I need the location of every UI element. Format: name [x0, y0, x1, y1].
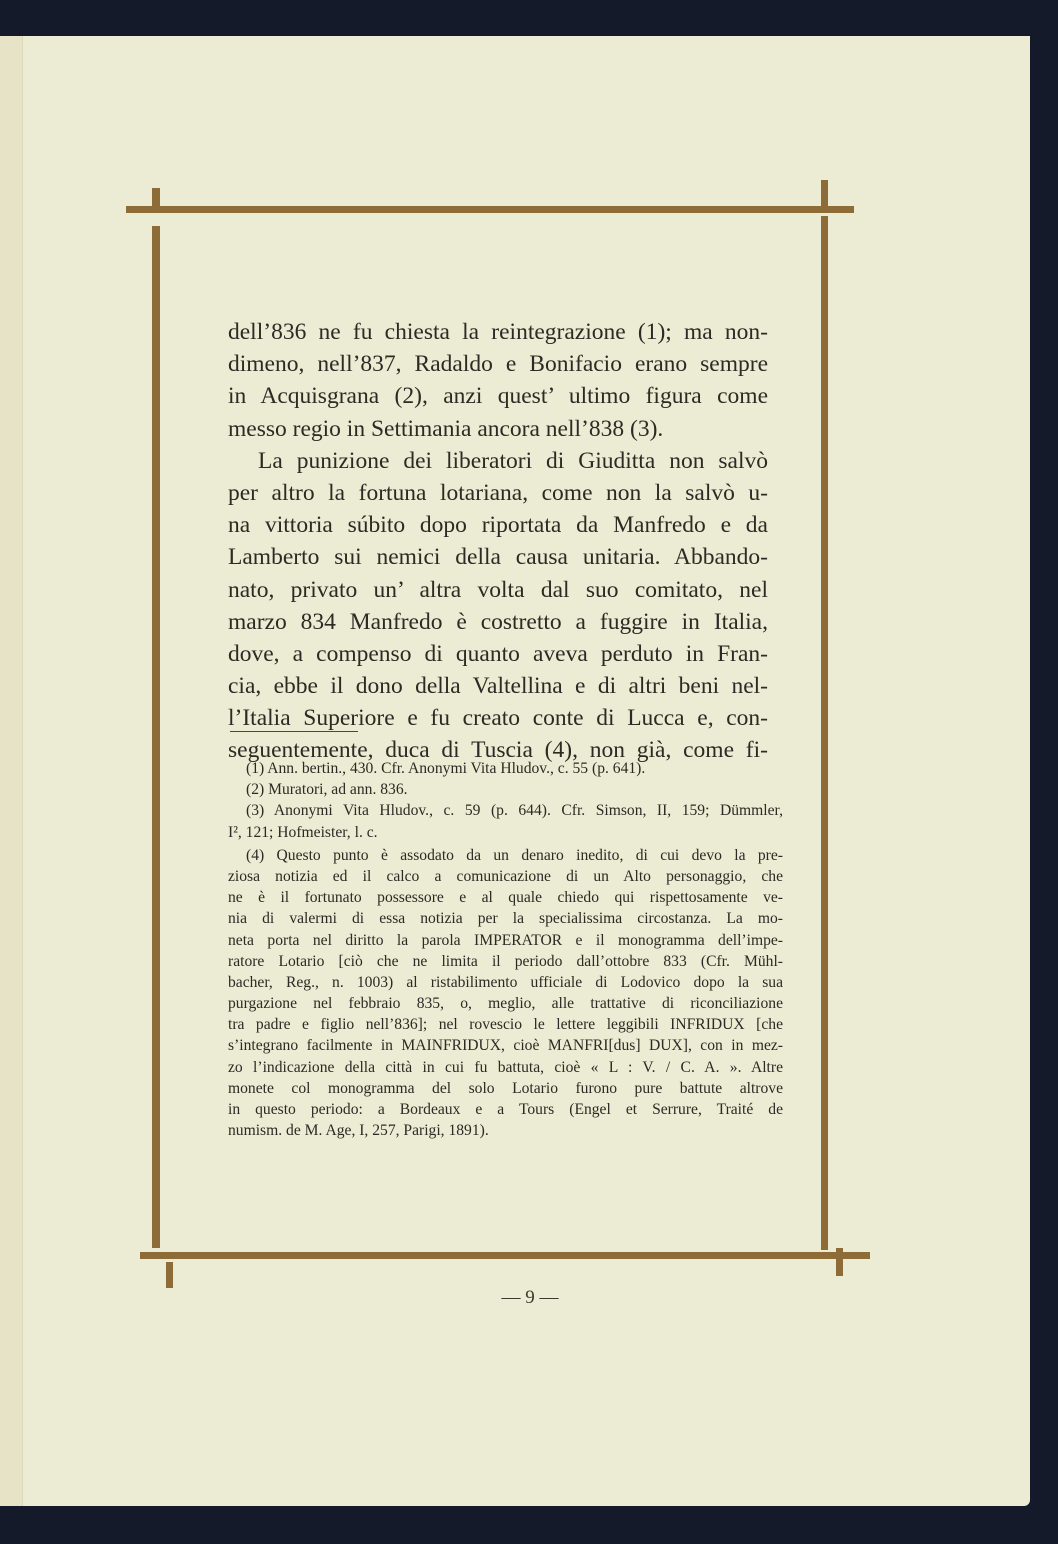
text-line: La punizione dei liberatori di Giuditta … [228, 445, 768, 477]
footnote-4-cont: s’integrano facilmente in MAINFRIDUX, ci… [228, 1035, 783, 1056]
footnote-4: (4) Questo punto è assodato da un denaro… [228, 845, 783, 866]
text-line: dove, a compenso di quanto aveva perduto… [228, 638, 768, 670]
footnote-4-cont: ziosa notizia ed il calco a comunicazion… [228, 866, 783, 887]
text-line: nato, privato un’ altra volta dal suo co… [228, 574, 768, 606]
main-text: dell’836 ne fu chiesta la reintegrazione… [228, 316, 768, 767]
footnote-4-cont: zo l’indicazione della città in cui fu b… [228, 1057, 783, 1078]
page-number: — 9 — [470, 1287, 590, 1309]
text-line: dimeno, nell’837, Radaldo e Bonifacio er… [228, 348, 768, 380]
border-bottom-rule [140, 1252, 870, 1259]
footnote-1: (1) Ann. bertin., 430. Cfr. Anonymi Vita… [228, 758, 783, 779]
footnote-4-cont: purgazione nel febbraio 835, o, meglio, … [228, 993, 783, 1014]
border-left-rule [152, 226, 160, 1248]
border-top-rule [126, 206, 854, 213]
footnote-separator [230, 731, 358, 732]
footnote-2: (2) Muratori, ad ann. 836. [228, 779, 783, 800]
corner-tick-top-right [821, 180, 828, 208]
footnote-4-cont: numism. de M. Age, I, 257, Parigi, 1891)… [228, 1120, 783, 1141]
text-line: na vittoria súbito dopo riportata da Man… [228, 509, 768, 541]
footnotes: (1) Ann. bertin., 430. Cfr. Anonymi Vita… [228, 758, 783, 1141]
footnote-4-cont: nia di valermi di essa notizia per la sp… [228, 908, 783, 929]
footnote-4-cont: in questo periodo: a Bordeaux e a Tours … [228, 1099, 783, 1120]
corner-tick-bottom-right [836, 1248, 843, 1276]
footnote-4-cont: ne è il fortunato possessore e al quale … [228, 887, 783, 908]
border-right-rule [821, 216, 828, 1250]
text-line: marzo 834 Manfredo è costretto a fuggire… [228, 606, 768, 638]
footnote-4-cont: neta porta nel diritto la parola IMPERAT… [228, 930, 783, 951]
footnote-4-cont: tra padre e figlio nell’836]; nel rovesc… [228, 1014, 783, 1035]
text-line: messo regio in Settimania ancora nell’83… [228, 413, 768, 445]
text-line: dell’836 ne fu chiesta la reintegrazione… [228, 316, 768, 348]
footnote-4-cont: bacher, Reg., n. 1003) al ristabilimento… [228, 972, 783, 993]
footnote-4-cont: ratore Lotario [ciò che ne limita il per… [228, 951, 783, 972]
footnote-4-cont: monete col monogramma del solo Lotario f… [228, 1078, 783, 1099]
text-line: Lamberto sui nemici della causa unitaria… [228, 541, 768, 573]
text-line: in Acquisgrana (2), anzi quest’ ultimo f… [228, 380, 768, 412]
footnote-3-cont: I², 121; Hofmeister, l. c. [228, 822, 783, 843]
page-gutter [0, 36, 23, 1506]
footnote-3: (3) Anonymi Vita Hludov., c. 59 (p. 644)… [228, 800, 783, 821]
text-line: per altro la fortuna lotariana, come non… [228, 477, 768, 509]
corner-tick-bottom-left [166, 1262, 173, 1288]
corner-tick-top-left [152, 188, 160, 208]
text-line: cia, ebbe il dono della Valtellina e di … [228, 670, 768, 702]
text-line: l’Italia Superiore e fu creato conte di … [228, 702, 768, 734]
